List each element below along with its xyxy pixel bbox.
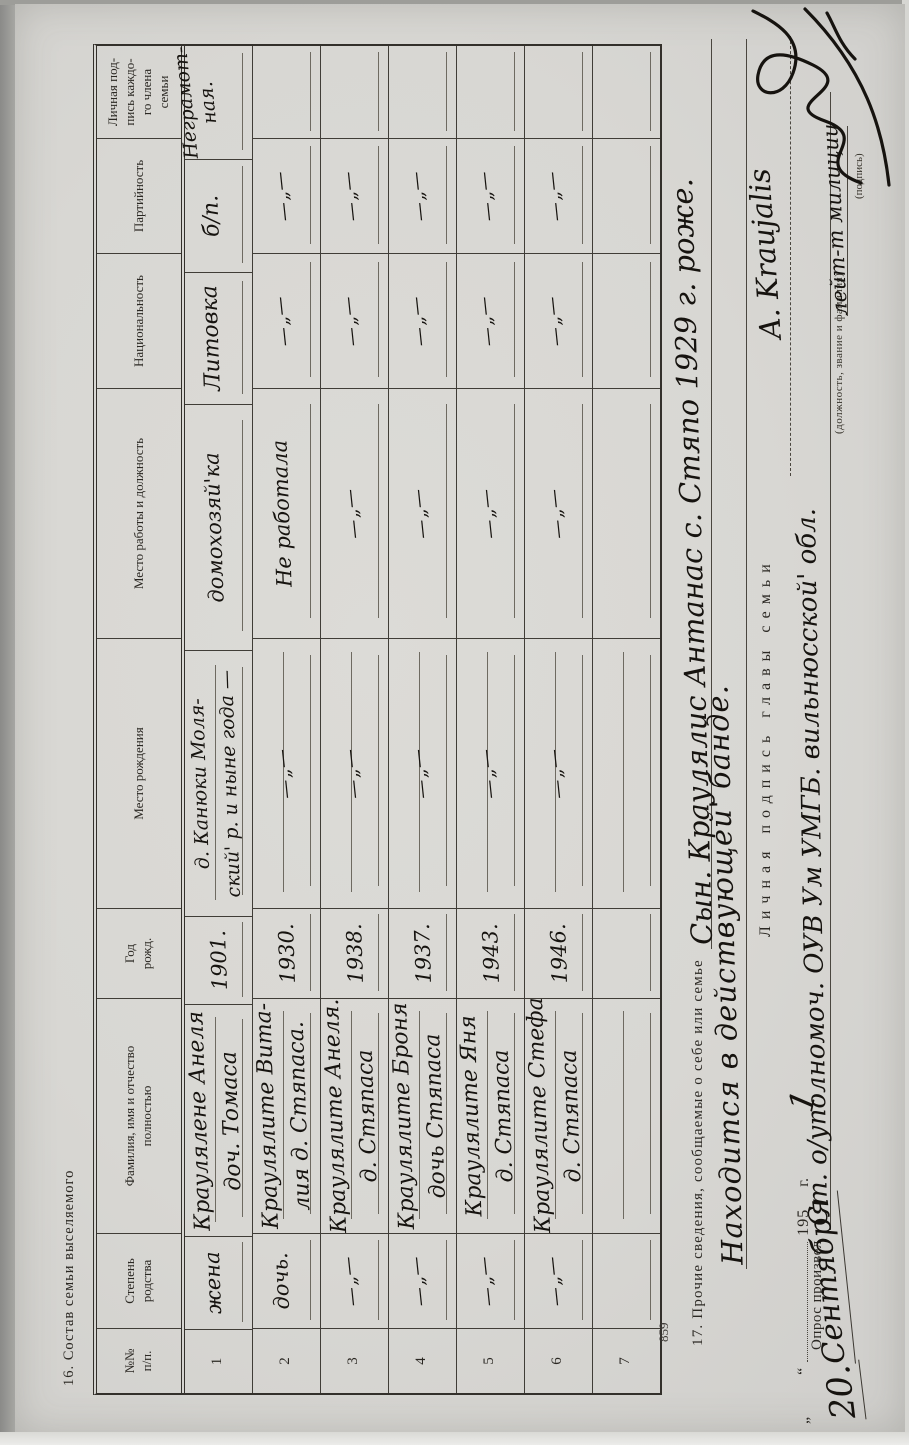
handwritten-entry: —„— <box>259 639 309 909</box>
cell-name: Краулялите Вита-лия д. Стяпаса. <box>253 998 320 1233</box>
cell-num: 2 <box>253 1328 320 1393</box>
cell-work: —„— <box>457 388 524 638</box>
cell-birthplace: —„— <box>525 638 592 908</box>
cell-num: 1 <box>185 1329 252 1393</box>
cell-num: 4 <box>389 1328 456 1393</box>
cell-name: Краулялите Бронядочь Стяпаса <box>389 998 456 1233</box>
cell-member_signature <box>389 46 456 138</box>
date-open-quote: „ <box>795 1417 813 1424</box>
handwritten-entry: —„— <box>469 138 503 254</box>
handwritten-entry: 1946. <box>545 909 572 999</box>
column-header-line: Место работы и должность <box>131 438 148 589</box>
date-close-quote: “ <box>795 1368 813 1375</box>
cell-party: —„— <box>389 138 456 253</box>
interviewer-signature-scrawl <box>743 4 903 189</box>
scan-edge-bottom <box>0 1432 909 1445</box>
cell-kinship: дочь. <box>253 1233 320 1328</box>
handwritten-entry: 1938. <box>341 909 368 999</box>
handwritten-entry: жена <box>199 1236 226 1329</box>
column-header-birthplace: Место рождения <box>97 638 181 908</box>
handwritten-entry: —„— <box>395 639 445 909</box>
handwritten-entry: Краулялите Яня <box>455 999 488 1234</box>
handwritten-entry: —„— <box>396 389 444 639</box>
handwritten-entry: —„— <box>470 1233 502 1329</box>
handwritten-entry: —„— <box>400 253 436 389</box>
table-row-4: 4—„—Краулялите Бронядочь Стяпаса1937.—„—… <box>389 46 457 1393</box>
handwritten-entry: 1937. <box>409 909 436 999</box>
cell-nationality <box>593 253 660 388</box>
cell-nationality: —„— <box>525 253 592 388</box>
handwritten-entry: —„— <box>333 138 367 254</box>
column-header-line: №№ <box>122 1349 139 1374</box>
handwritten-entry: Не работала <box>266 389 299 639</box>
cell-num: 7 <box>593 1328 660 1393</box>
cell-work: —„— <box>525 388 592 638</box>
handwritten-entry: д. Стяпаса <box>351 999 384 1234</box>
handwritten-entry: дочь Стяпаса <box>419 999 452 1234</box>
family-table-body: 1женаКраулялене Анелядоч. Томаса1901.д. … <box>185 46 660 1393</box>
column-header-year: Годрожд. <box>97 908 181 998</box>
column-header-work: Место работы и должность <box>97 388 181 638</box>
scan-edge-left <box>0 0 16 1445</box>
column-header-line: рожд. <box>139 938 156 970</box>
handwritten-entry: Краулялите Анеля. <box>319 999 352 1234</box>
cell-birthplace: —„— <box>389 638 456 908</box>
cell-work <box>593 388 660 638</box>
cell-kinship: —„— <box>457 1233 524 1328</box>
cell-kinship <box>593 1233 660 1328</box>
handwritten-entry: —„— <box>334 1233 366 1329</box>
column-header-line: пись каждо- <box>122 58 139 125</box>
cell-year: 1938. <box>321 908 388 998</box>
section16-title: 16. Состав семьи выселяемого <box>61 1170 78 1386</box>
handwritten-entry: ский' р. и ныне года — <box>214 651 245 916</box>
cell-party: —„— <box>525 138 592 253</box>
cell-member_signature <box>457 46 524 138</box>
cell-birthplace: д. Канюки Моля-ский' р. и ныне года — <box>185 650 252 916</box>
handwritten-entry: —„— <box>468 253 504 389</box>
scanned-form-page: 16. Состав семьи выселяемого №№п/п.Степе… <box>0 0 909 1445</box>
cell-party: —„— <box>457 138 524 253</box>
handwritten-entry: д. Стяпаса <box>555 999 588 1234</box>
column-header-line: Год <box>122 944 139 963</box>
handwritten-entry: —„— <box>531 639 581 909</box>
cell-year: 1901. <box>185 916 252 1005</box>
cell-birthplace: —„— <box>457 638 524 908</box>
cell-birthplace: —„— <box>253 638 320 908</box>
handwritten-entry: Краулялите Вита- <box>251 999 284 1234</box>
handwritten-entry: д. Канюки Моля- <box>184 651 215 916</box>
handwritten-entry: —„— <box>332 253 368 389</box>
head-signature-handwriting: A. Kraujalis <box>742 167 788 340</box>
handwritten-entry: —„— <box>538 1233 570 1329</box>
family-table-header-row: №№п/п.СтепеньродстваФамилия, имя и отчес… <box>97 46 185 1393</box>
handwritten-entry: —„— <box>537 138 571 254</box>
column-header-line: го члена <box>139 69 156 115</box>
cell-party: б/п. <box>185 159 252 272</box>
cell-work: домохозяй'ка <box>185 404 252 650</box>
column-header-line: Фамилия, имя и отчество <box>122 1046 139 1186</box>
date-day-handwriting: 20. <box>817 1360 866 1425</box>
cell-kinship: жена <box>185 1236 252 1329</box>
handwritten-entry: —„— <box>536 253 572 389</box>
form-paper: 16. Состав семьи выселяемого №№п/п.Степе… <box>15 4 905 1434</box>
column-header-line: полностью <box>139 1086 156 1147</box>
cell-kinship: —„— <box>389 1233 456 1328</box>
table-row-7: 7 <box>593 46 660 1393</box>
cell-nationality: —„— <box>457 253 524 388</box>
column-header-line: Место рождения <box>131 727 148 819</box>
handwritten-entry: д. Стяпаса <box>487 999 520 1234</box>
table-row-6: 6—„—Краулялите Стефад. Стяпаса1946.—„——„… <box>525 46 593 1393</box>
column-header-line: Личная под- <box>105 58 122 126</box>
cell-name: Краулялене Анелядоч. Томаса <box>185 1004 252 1235</box>
cell-member_signature <box>321 46 388 138</box>
handwritten-entry: дочь. <box>267 1234 294 1329</box>
table-row-5: 5—„—Краулялите Яняд. Стяпаса1943.—„——„——… <box>457 46 525 1393</box>
column-header-line: Национальность <box>131 275 148 367</box>
cell-member_signature <box>525 46 592 138</box>
cell-birthplace <box>593 638 660 908</box>
handwritten-entry: б/п. <box>197 159 226 272</box>
column-header-num: №№п/п. <box>97 1328 181 1393</box>
table-row-1: 1женаКраулялене Анелядоч. Томаса1901.д. … <box>185 46 253 1393</box>
cell-year <box>593 908 660 998</box>
cell-name: Краулялите Стефад. Стяпаса <box>525 998 592 1233</box>
cell-nationality: —„— <box>389 253 456 388</box>
handwritten-entry: —„— <box>402 1233 434 1329</box>
column-header-name: Фамилия, имя и отчествополностью <box>97 998 181 1233</box>
cell-birthplace: —„— <box>321 638 388 908</box>
cell-member_signature <box>253 46 320 138</box>
cell-year: 1946. <box>525 908 592 998</box>
cell-work: —„— <box>389 388 456 638</box>
cell-member_signature: Неграмот-ная. <box>185 46 252 159</box>
column-header-line: семьи <box>156 76 173 109</box>
other-info-line-2: Находится в действующей' банде. <box>708 39 747 1269</box>
handwritten-entry: —„— <box>264 253 300 389</box>
column-header-member_signature: Личная под-пись каждо-го членасемьи <box>97 46 181 138</box>
cell-num: 3 <box>321 1328 388 1393</box>
handwritten-entry: —„— <box>464 389 512 639</box>
column-header-line: родства <box>139 1260 156 1302</box>
handwritten-entry: 1943. <box>477 909 504 999</box>
cell-name: Краулялите Яняд. Стяпаса <box>457 998 524 1233</box>
cell-name: Краулялите Анеля.д. Стяпаса <box>321 998 388 1233</box>
cell-year: 1937. <box>389 908 456 998</box>
cell-party <box>593 138 660 253</box>
family-table: №№п/п.СтепеньродстваФамилия, имя и отчес… <box>93 44 662 1395</box>
cell-work: Не работала <box>253 388 320 638</box>
cell-party: —„— <box>321 138 388 253</box>
table-row-2: 2дочь.Краулялите Вита-лия д. Стяпаса.193… <box>253 46 321 1393</box>
cell-num: 6 <box>525 1328 592 1393</box>
other-info-entry-2: Находится в действующей' банде. <box>700 684 749 1266</box>
handwritten-entry: —„— <box>463 639 513 909</box>
handwritten-entry: —„— <box>401 138 435 254</box>
column-header-nationality: Национальность <box>97 253 181 388</box>
handwritten-entry: Краулялене Анеля <box>183 1005 216 1236</box>
table-row-3: 3—„—Краулялите Анеля.д. Стяпаса1938.—„——… <box>321 46 389 1393</box>
handwritten-entry: —„— <box>327 639 377 909</box>
head-signature-label: Личная подпись главы семьи <box>757 557 775 937</box>
column-header-line: п/п. <box>139 1351 156 1372</box>
handwritten-entry: 1930. <box>273 909 300 999</box>
handwritten-entry: 1901. <box>205 917 232 1005</box>
cell-kinship: —„— <box>525 1233 592 1328</box>
column-header-line: Партийность <box>131 160 148 232</box>
date-year-suffix: г. <box>795 1178 813 1187</box>
cell-party: —„— <box>253 138 320 253</box>
handwritten-entry: —„— <box>328 389 376 639</box>
cell-work: —„— <box>321 388 388 638</box>
handwritten-entry: —„— <box>265 138 299 254</box>
column-header-party: Партийность <box>97 138 181 253</box>
cell-member_signature <box>593 46 660 138</box>
column-header-kinship: Степеньродства <box>97 1233 181 1328</box>
cell-kinship: —„— <box>321 1233 388 1328</box>
page-number-stamp: 859 <box>656 1323 672 1343</box>
cell-num: 5 <box>457 1328 524 1393</box>
handwritten-entry: доч. Томаса <box>215 1005 248 1236</box>
cell-year: 1930. <box>253 908 320 998</box>
handwritten-entry: Краулялите Броня <box>387 999 420 1234</box>
handwritten-entry: Краулялите Стефа <box>523 999 556 1234</box>
handwritten-entry: —„— <box>532 389 580 639</box>
handwritten-entry: Литовка <box>197 272 227 405</box>
column-header-line: Степень <box>122 1258 139 1304</box>
cell-nationality: —„— <box>321 253 388 388</box>
handwritten-entry: лия д. Стяпаса. <box>283 999 316 1234</box>
cell-year: 1943. <box>457 908 524 998</box>
cell-name <box>593 998 660 1233</box>
cell-nationality: —„— <box>253 253 320 388</box>
other-info-label: 17. Прочие сведения, сообщаемые о себе и… <box>690 959 707 1346</box>
handwritten-entry: домохозяй'ка <box>198 405 231 651</box>
cell-nationality: Литовка <box>185 272 252 405</box>
